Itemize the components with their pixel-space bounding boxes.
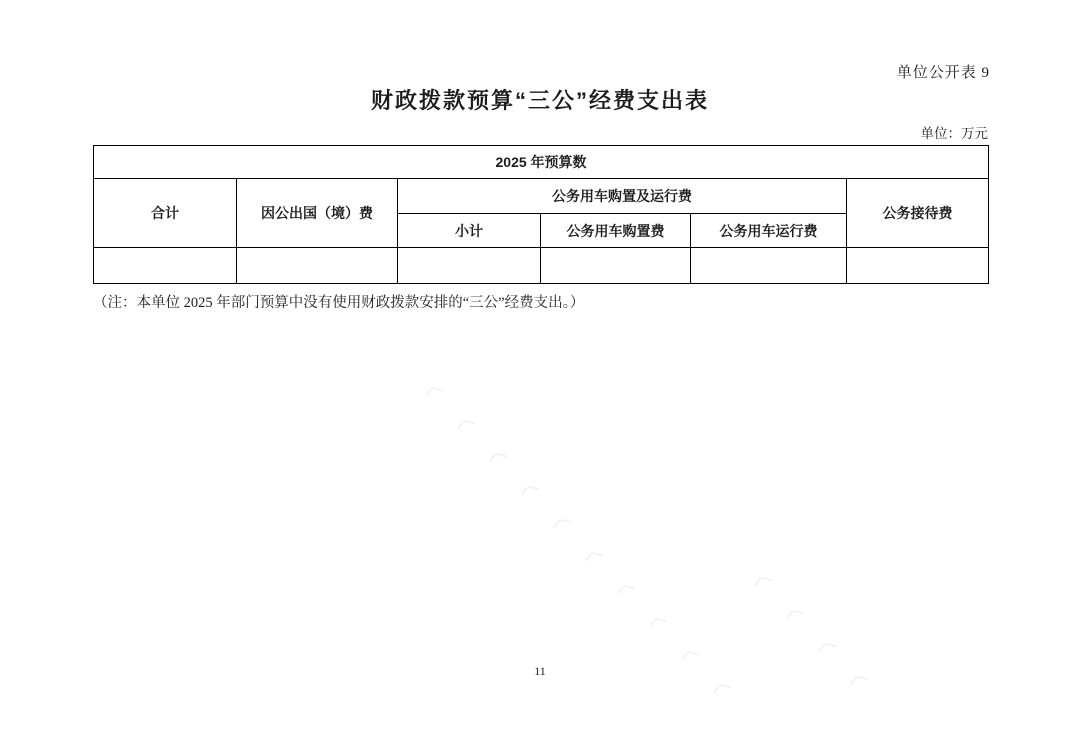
watermark-mark-icon: [521, 485, 539, 498]
col-header-total: 合计: [94, 179, 237, 248]
table-row-data: [94, 248, 989, 284]
table-row-year: 2025 年预算数: [94, 146, 989, 179]
watermark-mark-icon: [681, 650, 699, 663]
watermark-mark-icon: [617, 584, 635, 597]
watermark-mark-icon: [818, 642, 836, 655]
note-text: （注：本单位 2025 年部门预算中没有使用财政拨款安排的“三公”经费支出。）: [93, 291, 584, 312]
col-header-vehicle-group: 公务用车购置及运行费: [398, 179, 847, 214]
col-header-abroad: 因公出国（境）费: [237, 179, 398, 248]
unit-label: 单位：万元: [921, 122, 989, 142]
data-cell-reception: [847, 248, 989, 284]
watermark-mark-icon: [585, 551, 603, 564]
data-cell-vehicle-purchase: [541, 248, 691, 284]
watermark-mark-icon: [786, 609, 804, 622]
watermark-mark-icon: [713, 683, 731, 696]
year-header-cell: 2025 年预算数: [94, 146, 989, 179]
watermark-mark-icon: [754, 576, 772, 589]
data-cell-abroad: [237, 248, 398, 284]
col-header-vehicle-purchase: 公务用车购置费: [541, 214, 691, 248]
page-title: 财政拨款预算“三公”经费支出表: [0, 84, 1080, 115]
document-page: 单位公开表 9 财政拨款预算“三公”经费支出表 单位：万元 2025 年预算数 …: [0, 0, 1080, 736]
watermark-mark-icon: [553, 518, 571, 531]
watermark-mark-icon: [489, 452, 507, 465]
data-cell-vehicle-subtotal: [398, 248, 541, 284]
data-cell-vehicle-operation: [691, 248, 847, 284]
col-header-reception: 公务接待费: [847, 179, 989, 248]
data-cell-total: [94, 248, 237, 284]
corner-label: 单位公开表 9: [897, 61, 990, 82]
watermark-mark-icon: [425, 386, 443, 399]
watermark-mark-icon: [457, 419, 475, 432]
watermark-mark-icon: [649, 617, 667, 630]
budget-table: 2025 年预算数 合计 因公出国（境）费 公务用车购置及运行费 公务接待费 小…: [93, 145, 989, 284]
col-header-vehicle-subtotal: 小计: [398, 214, 541, 248]
page-number: 11: [0, 664, 1080, 679]
col-header-vehicle-operation: 公务用车运行费: [691, 214, 847, 248]
table-row-header-1: 合计 因公出国（境）费 公务用车购置及运行费 公务接待费: [94, 179, 989, 214]
